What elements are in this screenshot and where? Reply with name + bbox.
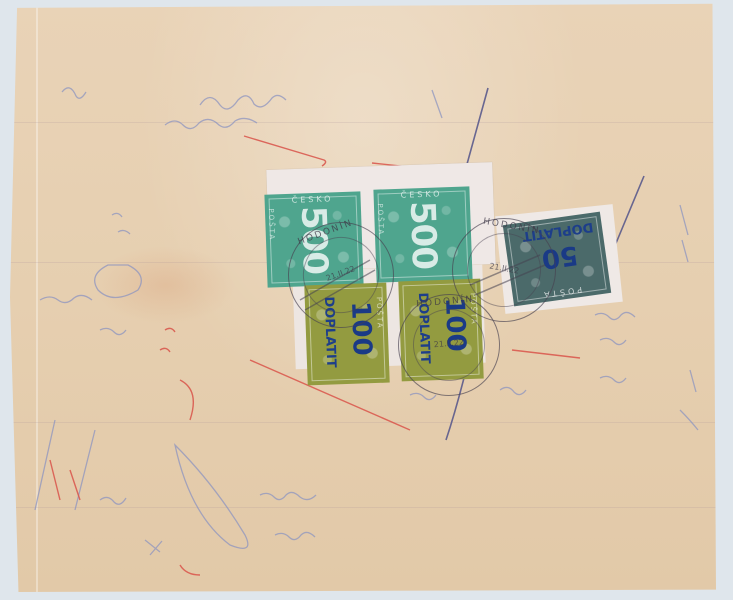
cancel-bars [0,0,733,600]
